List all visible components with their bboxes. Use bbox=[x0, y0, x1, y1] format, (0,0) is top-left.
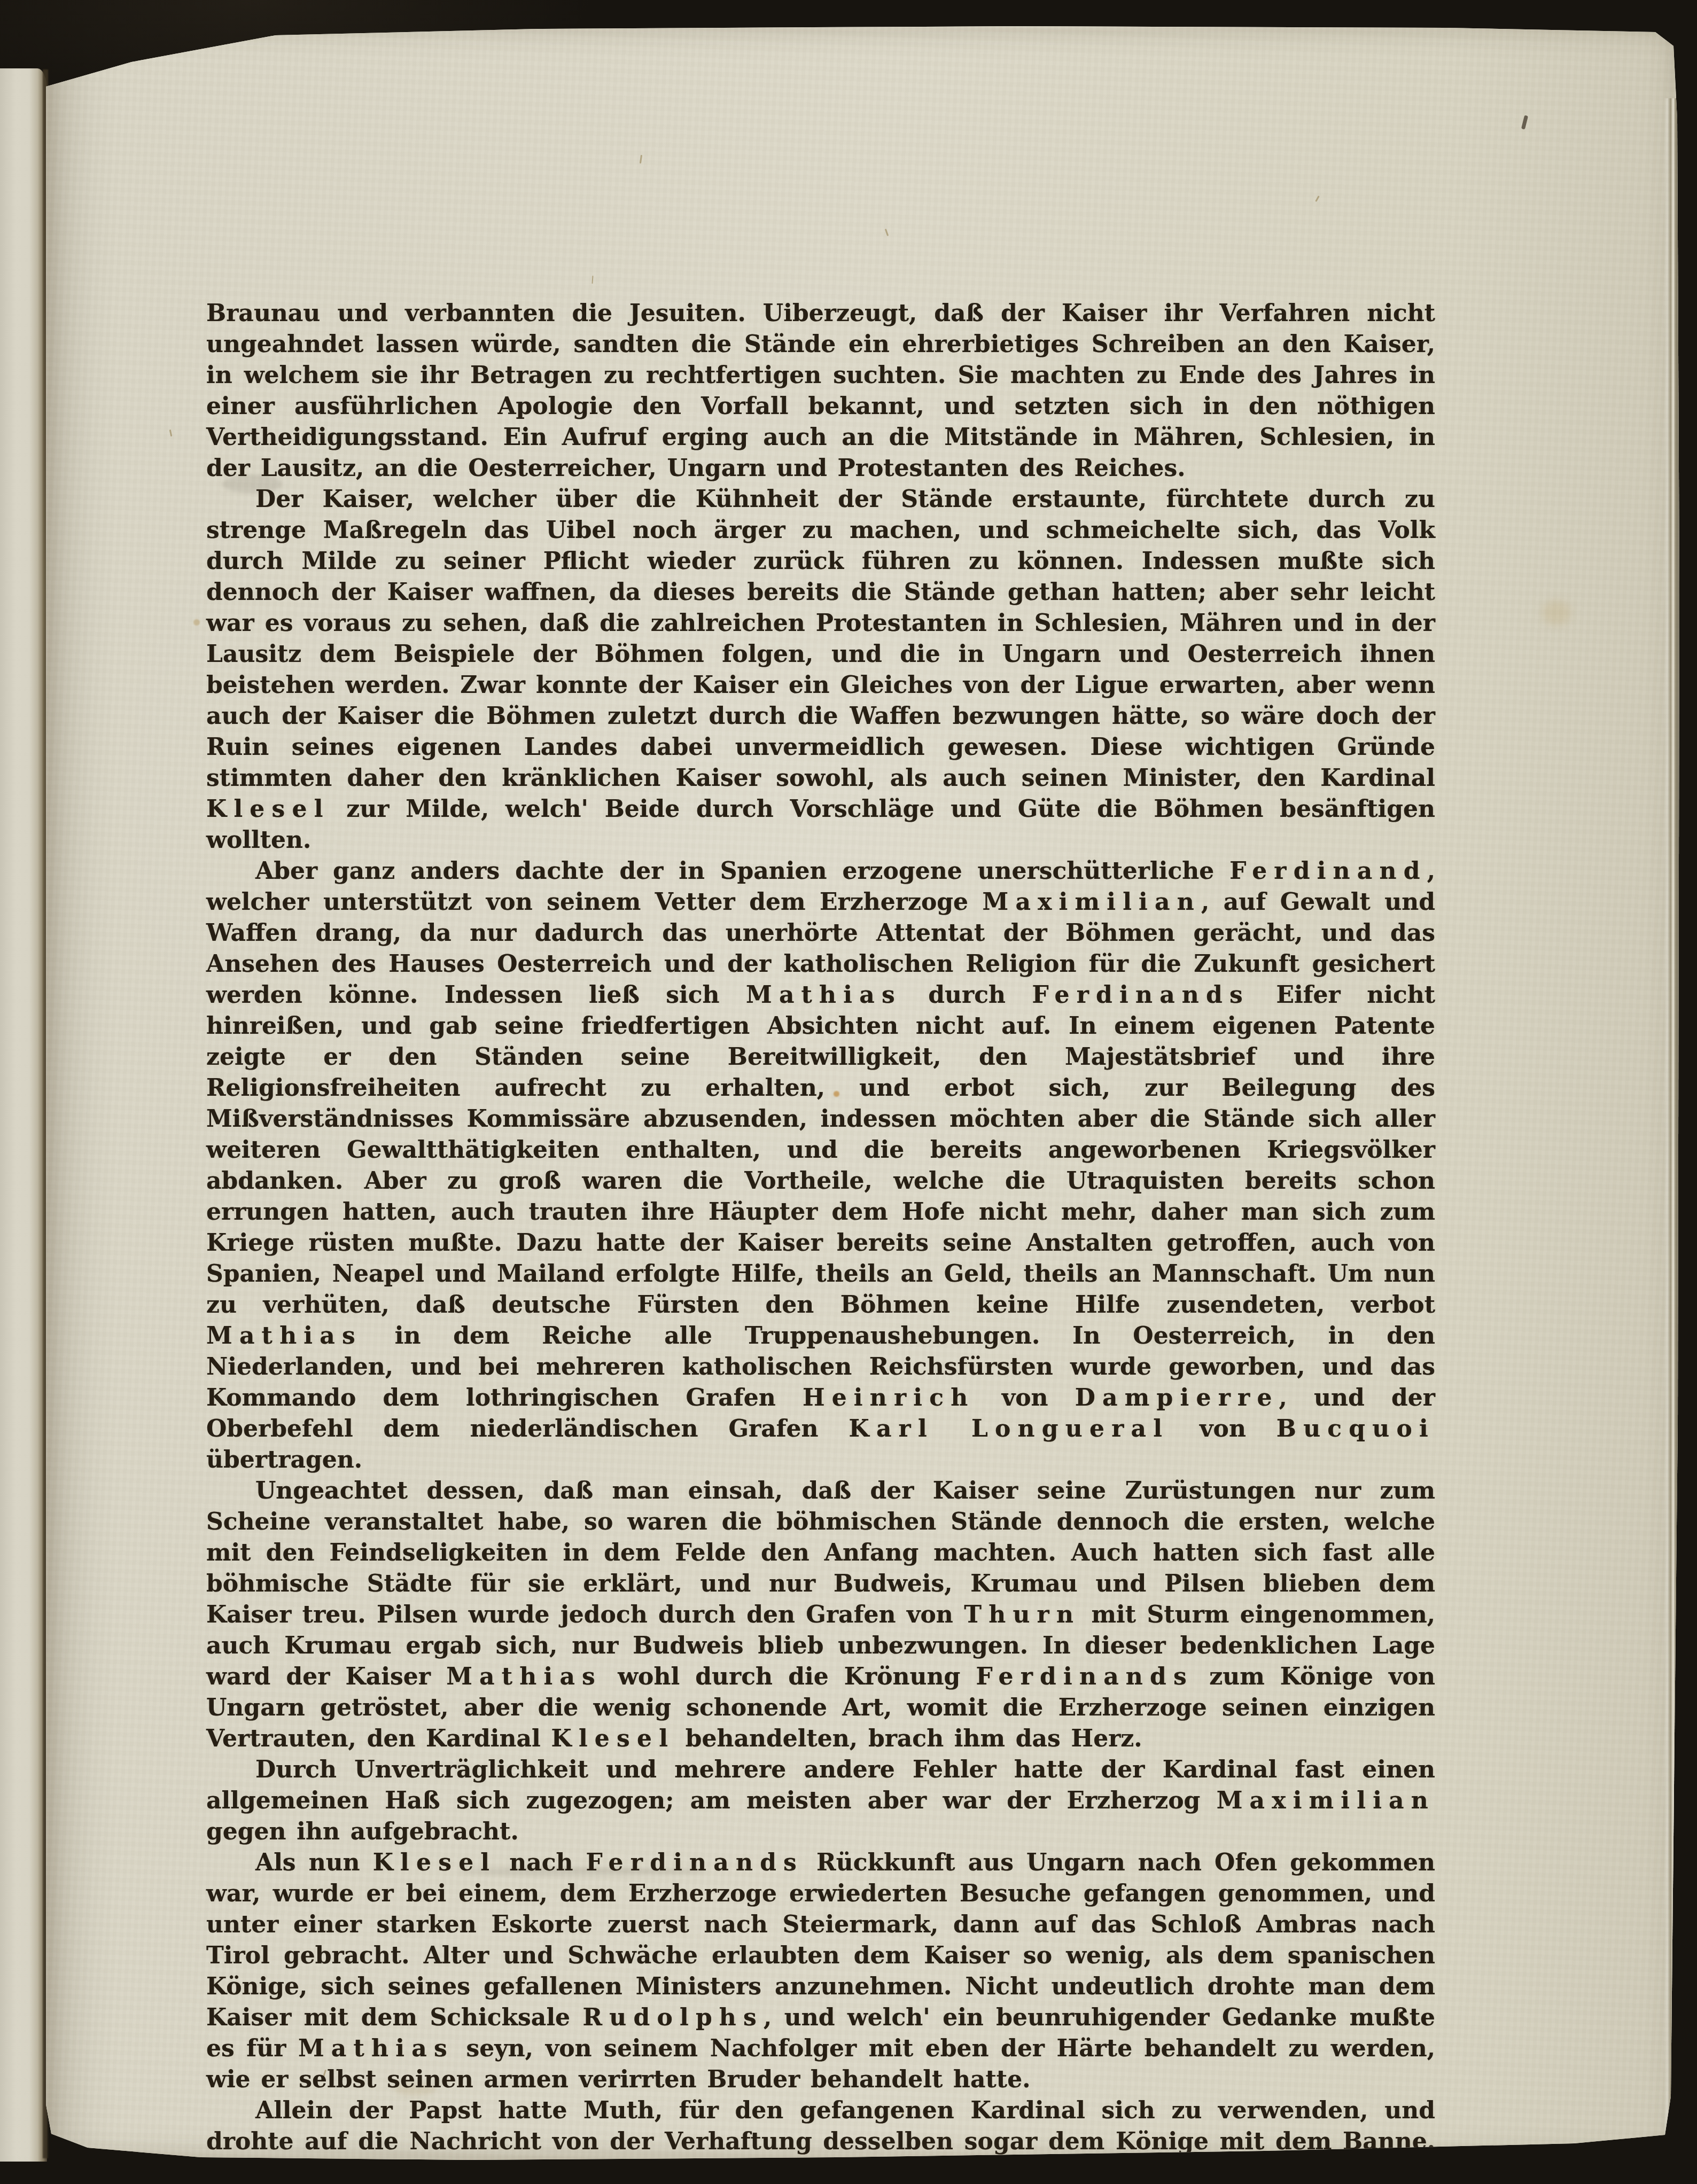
text-run: zur Milde, welch' Beide durch Vorschläge… bbox=[206, 795, 1435, 854]
person-name: Ferdinand bbox=[1229, 857, 1427, 885]
person-name: Heinrich bbox=[803, 1384, 975, 1411]
person-name: Ferdinands bbox=[976, 1663, 1194, 1690]
paper-fiber bbox=[169, 430, 173, 436]
paragraph: Aber ganz anders dachte der in Spanien e… bbox=[206, 856, 1435, 1476]
person-name: Klesel bbox=[551, 1725, 675, 1752]
page-stack-edge bbox=[1664, 98, 1680, 2140]
book-scan: Braunau und verbannten die Jesuiten. Uib… bbox=[0, 0, 1697, 2184]
text-run: übertragen. bbox=[206, 1446, 362, 1473]
person-name: Bucquoi bbox=[1276, 1415, 1435, 1442]
text-run: durch bbox=[902, 981, 1032, 1009]
text-run: Braunau und verbannten die Jesuiten. Uib… bbox=[206, 300, 1435, 482]
paragraph: Durch Unverträglichkeit und mehrere ande… bbox=[206, 1754, 1435, 1847]
person-name: Klesel bbox=[206, 795, 330, 823]
text-run: gegen ihn aufgebracht. bbox=[206, 1818, 519, 1845]
paper-fiber bbox=[1315, 196, 1320, 202]
text-run: wohl durch die Krönung bbox=[602, 1663, 976, 1690]
person-name: Thurn bbox=[964, 1601, 1080, 1628]
ink-tick-mark bbox=[1521, 115, 1528, 130]
person-name: Maximilian bbox=[983, 888, 1201, 916]
person-name: Dampierre bbox=[1075, 1384, 1279, 1411]
paragraph: Der Kaiser, welcher über die Kühnheit de… bbox=[206, 484, 1435, 856]
person-name: Karl Longueral bbox=[849, 1415, 1169, 1442]
page-text: Braunau und verbannten die Jesuiten. Uib… bbox=[206, 298, 1435, 2184]
paper-fiber bbox=[885, 229, 889, 236]
text-run: Der Kaiser, welcher über die Kühnheit de… bbox=[206, 486, 1435, 792]
paragraph: Braunau und verbannten die Jesuiten. Uib… bbox=[206, 298, 1435, 484]
text-run: von bbox=[1169, 1415, 1276, 1442]
paper-fiber bbox=[640, 155, 642, 163]
foxing-spot bbox=[1542, 600, 1571, 625]
facing-page-edge bbox=[0, 68, 47, 2162]
text-run: Allein der Papst hatte Muth, für den gef… bbox=[206, 2097, 1435, 2155]
person-name: Mathias bbox=[446, 1663, 602, 1690]
person-name: Ferdinands bbox=[1032, 981, 1250, 1009]
paper-fiber bbox=[591, 276, 593, 284]
person-name: Mathias bbox=[206, 1322, 362, 1350]
text-run: gleich bbox=[404, 2159, 495, 2184]
book-page: Braunau und verbannten die Jesuiten. Uib… bbox=[46, 24, 1680, 2162]
person-name: Mathias bbox=[298, 2035, 454, 2062]
person-name: Mathias bbox=[746, 981, 902, 1009]
person-name: Maximilian bbox=[1217, 1787, 1435, 1814]
text-run: Als nun bbox=[255, 1849, 373, 1876]
paragraph: Allein der Papst hatte Muth, für den gef… bbox=[206, 2095, 1435, 2184]
person-name: Ferdinands bbox=[586, 1849, 804, 1876]
text-run: Eifer nicht hinreißen, und gab seine fri… bbox=[206, 981, 1435, 1319]
foxing-spot bbox=[193, 619, 200, 626]
text-run: von bbox=[975, 1384, 1075, 1411]
person-name: Rudolphs bbox=[583, 2004, 764, 2031]
paragraph: Ungeachtet dessen, daß man einsah, daß d… bbox=[206, 1476, 1435, 1754]
text-run: Aber ganz anders dachte der in Spanien e… bbox=[255, 857, 1229, 885]
text-run: behandelten, brach ihm das Herz. bbox=[675, 1725, 1142, 1752]
person-name: Klesel bbox=[373, 1849, 497, 1876]
text-run: nach bbox=[496, 1849, 586, 1876]
paragraph: Als nun Klesel nach Ferdinands Rückkunft… bbox=[206, 1847, 1435, 2095]
person-name: Ferdinand bbox=[206, 2159, 404, 2184]
